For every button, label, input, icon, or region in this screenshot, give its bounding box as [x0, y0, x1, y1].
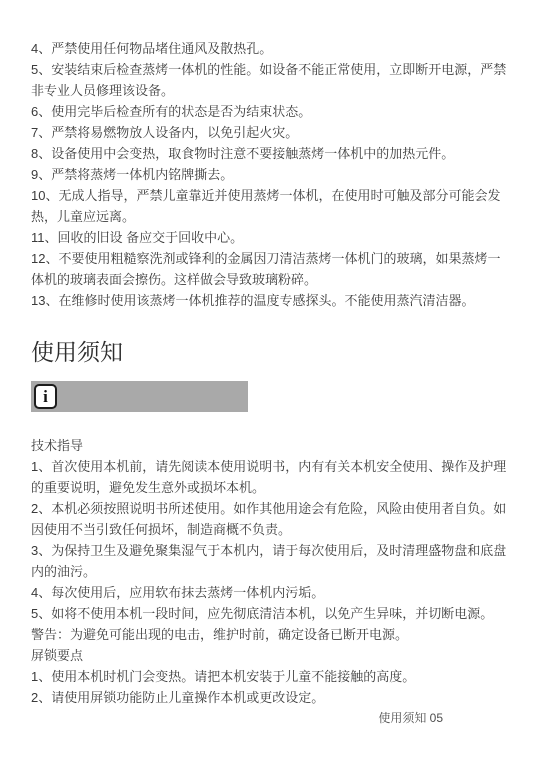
safety-item-12: 12、不要使用粗糙察洗剂或锋利的金属因刀清洁蒸烤一体机门的玻璃，如果蒸烤一体机的…: [31, 248, 513, 290]
lock-item-2: 2、请使用屏锁功能防止儿童操作本机或更改设定。: [31, 687, 513, 708]
tech-item-3: 3、为保持卫生及避免聚集湿气于本机内，请于每次使用后，及时清理盛物盘和底盘内的油…: [31, 540, 513, 582]
tech-item-1: 1、首次使用本机前，请先阅读本使用说明书，内有有关本机安全使用、操作及护理的重要…: [31, 456, 513, 498]
page-title: 使用须知: [31, 337, 513, 367]
screen-lock-section: 屏锁要点 1、使用本机时机门会变热。请把本机安装于儿童不能接触的高度。 2、请使…: [31, 645, 513, 708]
tech-item-5: 5、如将不使用本机一段时间，应先彻底清洁本机，以免产生异味，并切断电源。: [31, 603, 513, 624]
safety-item-11: 11、回收的旧设 备应交于回收中心。: [31, 227, 513, 248]
tech-item-4: 4、每次使用后，应用软布抹去蒸烤一体机内污垢。: [31, 582, 513, 603]
safety-item-4: 4、严禁使用任何物品堵住通风及散热孔。: [31, 38, 513, 59]
tech-guidance-section: 技术指导 1、首次使用本机前，请先阅读本使用说明书，内有有关本机安全使用、操作及…: [31, 435, 513, 645]
screen-lock-heading: 屏锁要点: [31, 645, 513, 666]
tech-item-2: 2、本机必须按照说明书所述使用。如作其他用途会有危险，风险由使用者自负。如因使用…: [31, 498, 513, 540]
tech-guidance-heading: 技术指导: [31, 435, 513, 456]
safety-item-6: 6、使用完毕后检查所有的状态是否为结束状态。: [31, 101, 513, 122]
safety-item-9: 9、严禁将蒸烤一体机内铭牌撕去。: [31, 164, 513, 185]
manual-page: 4、严禁使用任何物品堵住通风及散热孔。 5、安装结束后检查蒸烤一体机的性能。如设…: [0, 0, 544, 771]
safety-item-10: 10、无成人指导，严禁儿童靠近并使用蒸烤一体机，在使用时可触及部分可能会发热，儿…: [31, 185, 513, 227]
safety-instructions-list: 4、严禁使用任何物品堵住通风及散热孔。 5、安装结束后检查蒸烤一体机的性能。如设…: [31, 38, 513, 311]
warning-text: 警告：为避免可能出现的电击，维护时前，确定设备已断开电源。: [31, 624, 513, 645]
safety-item-8: 8、设备使用中会变热，取食物时注意不要接触蒸烤一体机中的加热元件。: [31, 143, 513, 164]
lock-item-1: 1、使用本机时机门会变热。请把本机安装于儿童不能接触的高度。: [31, 666, 513, 687]
page-footer: 使用须知 05: [31, 708, 513, 729]
safety-item-5: 5、安装结束后检查蒸烤一体机的性能。如设备不能正常使用，立即断开电源，严禁非专业…: [31, 59, 513, 101]
footer-page-label: 使用须知 05: [378, 711, 443, 725]
info-banner-bar: i: [31, 381, 248, 412]
safety-item-7: 7、严禁将易燃物放人设备内，以免引起火灾。: [31, 122, 513, 143]
safety-item-13: 13、在维修时使用该蒸烤一体机推荐的温度专感探头。不能使用蒸汽清洁器。: [31, 290, 513, 311]
info-icon: i: [34, 384, 57, 409]
